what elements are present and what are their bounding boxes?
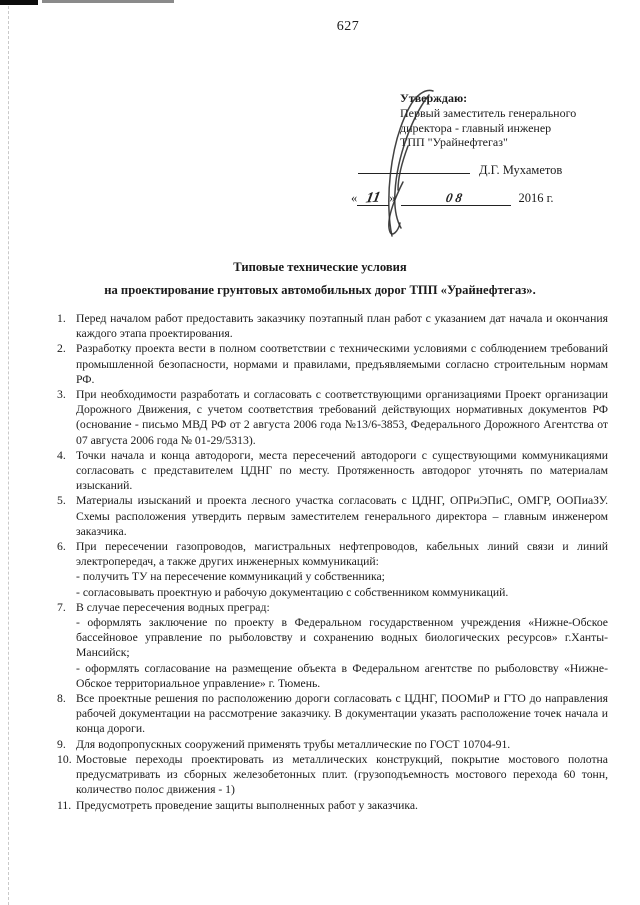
list-item: 9.Для водопропускных сооружений применят… <box>57 737 608 752</box>
document-title: Типовые технические условия на проектиро… <box>40 256 600 302</box>
item-number: 1. <box>57 311 66 326</box>
approval-line: ТПП "Урайнефтегаз" <box>400 135 618 150</box>
item-text: Мостовые переходы проектировать из метал… <box>76 753 608 796</box>
list-item: 11.Предусмотреть проведение защиты выпол… <box>57 798 608 813</box>
day-blank: 11 <box>357 190 389 206</box>
approval-block: Утверждаю: Первый заместитель генерально… <box>400 91 618 150</box>
item-number: 4. <box>57 448 66 463</box>
scan-artifact-top-dark <box>0 0 38 5</box>
signature-line <box>358 161 470 174</box>
item-text: При необходимости разработать и согласов… <box>76 388 608 447</box>
list-item: 6.При пересечении газопроводов, магистра… <box>57 539 608 600</box>
item-number: 6. <box>57 539 66 554</box>
list-item: 2.Разработку проекта вести в полном соот… <box>57 341 608 387</box>
item-number: 7. <box>57 600 66 615</box>
list-item: 1.Перед началом работ предоставить заказ… <box>57 311 608 341</box>
approval-label: Утверждаю: <box>400 91 618 106</box>
handwritten-day: 11 <box>365 190 382 208</box>
item-text: Разработку проекта вести в полном соотве… <box>76 342 608 385</box>
item-text: Для водопропускных сооружений применять … <box>76 738 510 751</box>
item-number: 8. <box>57 691 66 706</box>
item-number: 11. <box>57 798 71 813</box>
scan-artifact-left-fold-line <box>8 6 9 905</box>
scan-artifact-top-gray <box>42 0 174 3</box>
item-number: 3. <box>57 387 66 402</box>
page-number: 627 <box>0 19 640 35</box>
quote-close: » <box>389 191 395 205</box>
document-title-line1: Типовые технические условия <box>40 256 600 279</box>
month-blank: 08 <box>401 190 511 206</box>
date-row: «11»082016 г. <box>351 190 553 206</box>
item-number: 2. <box>57 341 66 356</box>
handwritten-month: 08 <box>445 190 467 206</box>
item-text: Предусмотреть проведение защиты выполнен… <box>76 799 418 812</box>
item-number: 9. <box>57 737 66 752</box>
list-item: 10.Мостовые переходы проектировать из ме… <box>57 752 608 798</box>
item-text: Точки начала и конца автодороги, места п… <box>76 449 608 492</box>
approval-line: директора - главный инженер <box>400 121 618 136</box>
sub-item: - согласовывать проектную и рабочую доку… <box>76 585 608 600</box>
date-year: 2016 г. <box>519 191 554 205</box>
item-text: Все проектные решения по расположению до… <box>76 692 608 735</box>
list-item: 8.Все проектные решения по расположению … <box>57 691 608 737</box>
document-title-line2: на проектирование грунтовых автомобильны… <box>40 279 600 302</box>
sub-item: - оформлять заключение по проекту в Феде… <box>76 615 608 661</box>
list-item: 5.Материалы изысканий и проекта лесного … <box>57 493 608 539</box>
document-page: 627 Утверждаю: Первый заместитель генера… <box>0 0 640 905</box>
signature-row: Д.Г. Мухаметов <box>358 161 620 178</box>
item-text: Материалы изысканий и проекта лесного уч… <box>76 494 608 537</box>
conditions-list: 1.Перед началом работ предоставить заказ… <box>57 311 608 813</box>
approval-line: Первый заместитель генерального <box>400 106 618 121</box>
signatory-name: Д.Г. Мухаметов <box>479 163 562 177</box>
sub-item: - оформлять согласование на размещение о… <box>76 661 608 691</box>
sub-item: - получить ТУ на пересечение коммуникаци… <box>76 569 608 584</box>
list-item: 7.В случае пересечения водных преград: -… <box>57 600 608 691</box>
list-item: 3.При необходимости разработать и соглас… <box>57 387 608 448</box>
item-number: 5. <box>57 493 66 508</box>
list-item: 4.Точки начала и конца автодороги, места… <box>57 448 608 494</box>
item-text: При пересечении газопроводов, магистраль… <box>76 540 608 568</box>
item-text: В случае пересечения водных преград: <box>76 601 270 614</box>
item-number: 10. <box>57 752 72 767</box>
item-text: Перед началом работ предоставить заказчи… <box>76 312 608 340</box>
